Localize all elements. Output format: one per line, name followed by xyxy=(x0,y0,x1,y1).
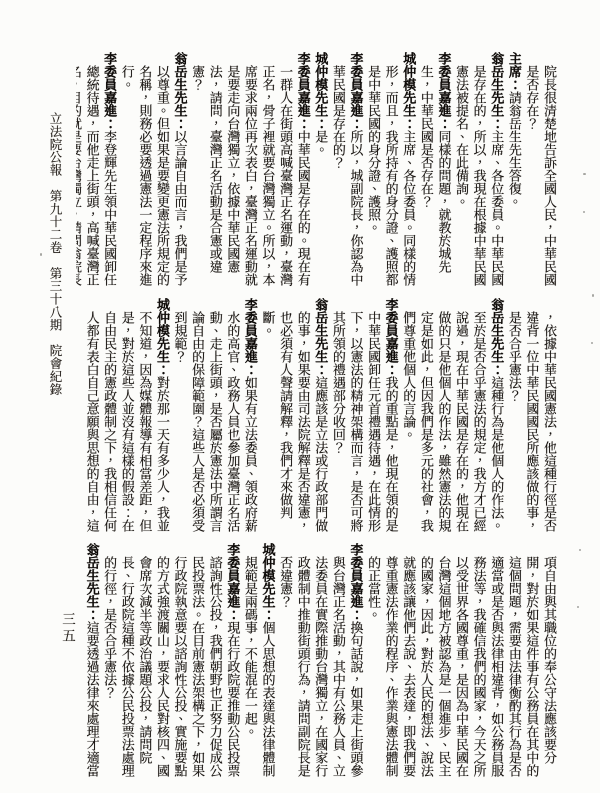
scan-speck xyxy=(592,294,594,297)
speaker-name: 翁岳生先生： xyxy=(313,298,328,376)
speech-paragraph: 翁岳生先生：主席、各位委員。中華民國是存在的，所以，我現在根據中華民國憲法被提名… xyxy=(452,52,505,290)
speech-paragraph: 主席：請翁岳生先生答復。 xyxy=(505,52,523,290)
speech-continuation: 項自由與其職位的奉公守法應該要分開，對於如果這件事有公務員在其中的這個問題，需要… xyxy=(364,543,558,781)
speech-paragraph: 城仲模先生：主席、各位委員。同樣的情形，而且，我所持有的身分證、護照都是中華民國… xyxy=(364,52,417,290)
speech-paragraph: 城仲模先生：是。 xyxy=(312,52,330,290)
text-band-bottom: 項自由與其職位的奉公守法應該要分開，對於如果這件事有公務員在其中的這個問題，需要… xyxy=(76,543,558,781)
text-band-top: 院長很清楚地告訴全國人民，中華民國是否存在？主席：請翁岳生先生答復。翁岳生先生：… xyxy=(76,52,558,290)
speaker-name: 城仲模先生： xyxy=(401,52,416,130)
speech-paragraph: 城仲模先生：對於那一天有多少人，我並不知道，因為媒體報導有相當差距，但是，對於這… xyxy=(83,298,171,536)
scan-speck xyxy=(591,342,593,344)
gazette-margin-header: 立法院公報 第九十二卷 第三十八期 院會紀錄 xyxy=(46,112,64,412)
speech-paragraph: 翁岳生先生：這要透過法律來處理才適當 xyxy=(83,543,101,781)
scan-speck xyxy=(583,211,585,213)
scan-speck xyxy=(583,173,586,175)
speaker-name: 翁岳生先生： xyxy=(173,52,188,130)
speaker-name: 李委員嘉進： xyxy=(243,298,258,376)
speech-paragraph: 李委員嘉進：現在行政院要推動公民投票諮詢性公投，我們朝野也正努力促成公民投票法。… xyxy=(101,543,242,781)
speaker-name: 翁岳生先生： xyxy=(489,52,504,130)
speech-continuation: 院長很清楚地告訴全國人民，中華民國是否存在？ xyxy=(523,52,558,290)
speaker-name: 李委員嘉進： xyxy=(436,52,451,130)
speaker-name: 李委員嘉進： xyxy=(225,543,240,621)
speech-paragraph: 翁岳生先生：這應該是立法或行政部門做的事，如果要由司法院解釋是否違憲，也必須有人… xyxy=(259,298,329,536)
scan-speck xyxy=(40,253,42,256)
speech-continuation: ，依據中華民國憲法，他這種行徑是否違背一位中華民國國民所應該做的事，是否合乎憲法… xyxy=(505,298,558,536)
speaker-name: 李委員嘉進： xyxy=(348,52,363,130)
speaker-name: 李委員嘉進： xyxy=(102,52,117,130)
speech-paragraph: 李委員嘉進：李登輝先生領中華民國卸任總統待遇，而他走上街頭，高喊臺灣正名，目的就… xyxy=(76,52,118,290)
page-number: 三五 xyxy=(57,612,77,645)
speech-paragraph: 城仲模先生：個人思想的表達與法律體制規範是兩碼事，不能混在一起。 xyxy=(241,543,276,781)
speech-paragraph: 李委員嘉進：同樣的問題，就教於城先生，中華民國是否存在？ xyxy=(417,52,452,290)
speaker-name: 主席： xyxy=(507,52,522,91)
speech-paragraph: 李委員嘉進：換句話說，如果走上街頭參與台灣正名活動，其中有公務人員、立法委員在實… xyxy=(277,543,365,781)
scan-speck xyxy=(579,549,581,551)
scan-speck xyxy=(577,606,579,608)
speaker-name: 翁岳生先生： xyxy=(489,298,504,376)
gazette-scanned-page: 立法院公報 第九十二卷 第三十八期 院會紀錄 三五 院長很清楚地告訴全國人民，中… xyxy=(0,0,600,793)
speaker-name: 李委員嘉進： xyxy=(384,298,399,376)
speaker-name: 李委員嘉進： xyxy=(348,543,363,621)
speaker-name: 城仲模先生： xyxy=(155,298,170,376)
speaker-name: 城仲模先生： xyxy=(261,543,276,621)
speech-paragraph: 李委員嘉進：所以，城副院長，你認為中華民國是存在的？ xyxy=(329,52,364,290)
speaker-name: 城仲模先生： xyxy=(313,52,328,130)
speech-paragraph: 李委員嘉進：如果有立法委員、領政府薪水的高官、政務人員也參加臺灣正名活動、走上街… xyxy=(171,298,259,536)
speech-paragraph: 翁岳生先生：這種行為是他個人的作法。至於是否合乎憲法的規定，我方才已經說過，現在… xyxy=(400,298,506,536)
speech-paragraph: 李委員嘉進：中華民國是存在的。現在有一群人在街頭高喊臺灣正名運動，臺灣正名，骨子… xyxy=(189,52,312,290)
speech-paragraph: 翁岳生先生：以言論自由而言，我們是予以尊重。但如果是要變更憲法所規定的名稱，則務… xyxy=(118,52,188,290)
speaker-name: 李委員嘉進： xyxy=(296,52,311,130)
text-band-middle: ，依據中華民國憲法，他這種行徑是否違背一位中華民國國民所應該做的事，是否合乎憲法… xyxy=(76,298,558,536)
speech-paragraph: 李委員嘉進：我的重點是，他現在領的是中華民國卸任元首禮遇待遇，在此情形下，以憲法… xyxy=(329,298,399,536)
speaker-name: 翁岳生先生： xyxy=(85,543,100,621)
